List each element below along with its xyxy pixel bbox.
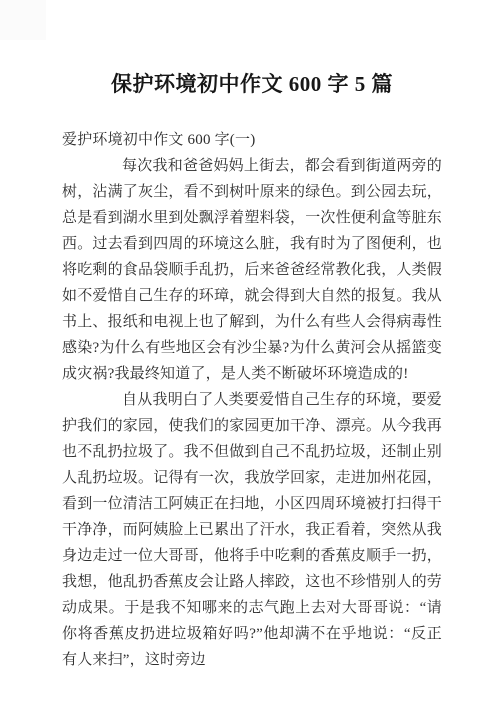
essay-paragraph-1: 每次我和爸爸妈妈上街去，都会看到街道两旁的树，沾满了灰尘，看不到树叶原来的绿色。… xyxy=(62,153,442,387)
corner-scan-artifact xyxy=(0,0,46,40)
section-heading: 爱护环境初中作文 600 字(一) xyxy=(62,127,442,153)
document-page: 保护环境初中作文 600 字 5 篇 爱护环境初中作文 600 字(一) 每次我… xyxy=(0,0,500,708)
essay-paragraph-2: 自从我明白了人类要爱惜自己生存的环境，要爱护我们的家园，使我们的家园更加干净、漂… xyxy=(62,387,442,673)
page-title: 保护环境初中作文 600 字 5 篇 xyxy=(62,68,442,100)
document-content: 保护环境初中作文 600 字 5 篇 爱护环境初中作文 600 字(一) 每次我… xyxy=(62,68,442,673)
